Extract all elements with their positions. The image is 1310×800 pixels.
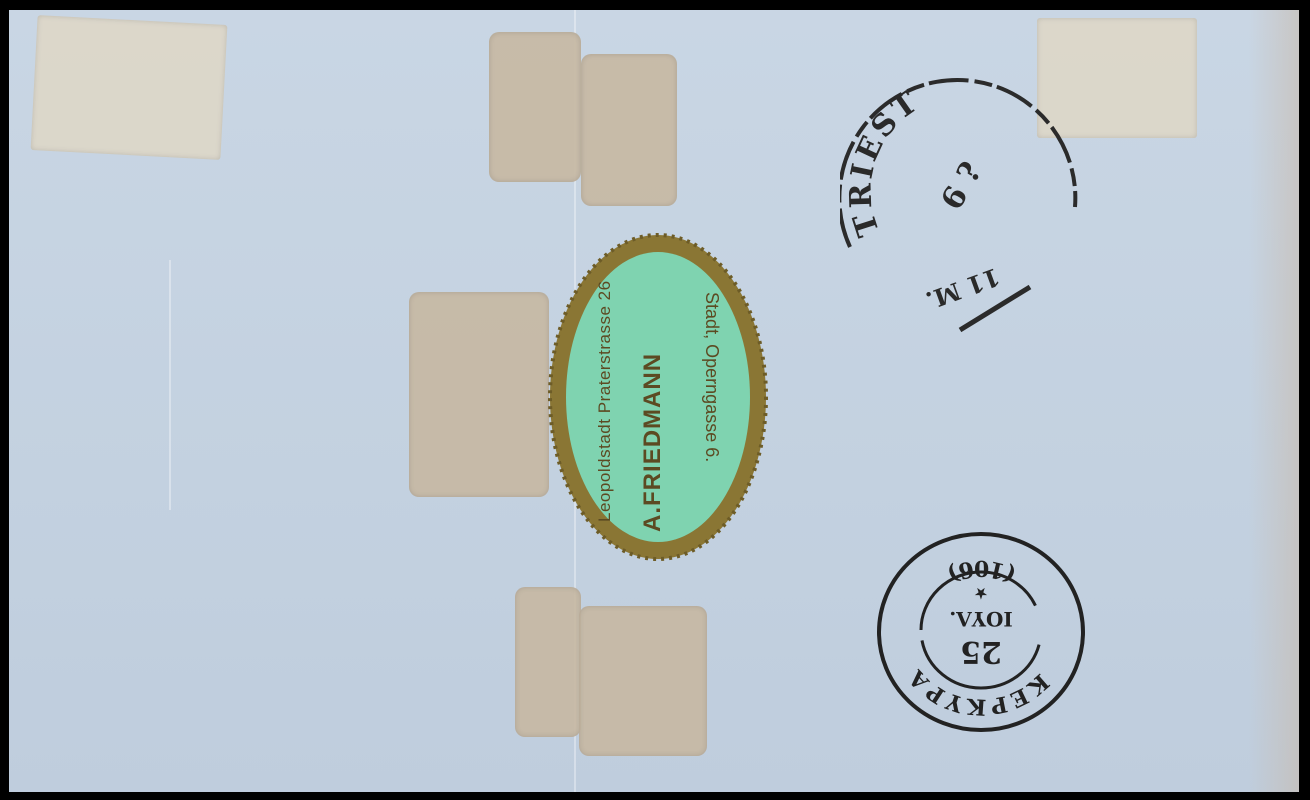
svg-text:Leopoldstadt Praterstrasse 26: Leopoldstadt Praterstrasse 26 xyxy=(595,280,614,522)
stamp-hinge xyxy=(409,292,549,497)
postmark-kerkyra: ΚΕΡΚΥΡΑ (106) 25 ΙΟΥΛ. ★ xyxy=(875,530,1087,735)
stamp-hinge xyxy=(579,606,707,756)
stamp-hinge xyxy=(489,32,581,182)
star-icon: ★ xyxy=(974,584,988,603)
merchant-seal-label: Leopoldstadt Praterstrasse 26 A.FRIEDMAN… xyxy=(548,232,768,562)
envelope-edge xyxy=(1249,10,1299,792)
postmark-triest-date: 6 ? xyxy=(935,156,990,216)
postmark-triest-town: TRIEST xyxy=(843,84,926,241)
postmark-kerkyra-number: (106) xyxy=(941,555,1020,589)
postmark-triest-time: 11 M. xyxy=(922,262,1004,315)
stamp-hinge xyxy=(31,15,228,160)
label-merchant-name: A.FRIEDMANN xyxy=(639,353,666,532)
svg-text:Stadt, Operngasse 6.: Stadt, Operngasse 6. xyxy=(702,292,722,462)
svg-text:TRIEST: TRIEST xyxy=(843,84,926,241)
stamp-hinge xyxy=(515,587,581,737)
postmark-kerkyra-month: ΙΟΥΛ. xyxy=(949,607,1013,631)
label-address-left: Leopoldstadt Praterstrasse 26 xyxy=(595,280,614,522)
postmark-triest: TRIEST 6 ? 11 M. xyxy=(840,62,1095,337)
label-address-right: Stadt, Operngasse 6. xyxy=(702,292,722,462)
fold-line xyxy=(169,260,171,510)
postmark-kerkyra-day: 25 xyxy=(960,634,1002,669)
stamp-hinge xyxy=(581,54,677,206)
svg-text:A.FRIEDMANN: A.FRIEDMANN xyxy=(639,353,666,532)
svg-text:(106): (106) xyxy=(941,555,1020,589)
